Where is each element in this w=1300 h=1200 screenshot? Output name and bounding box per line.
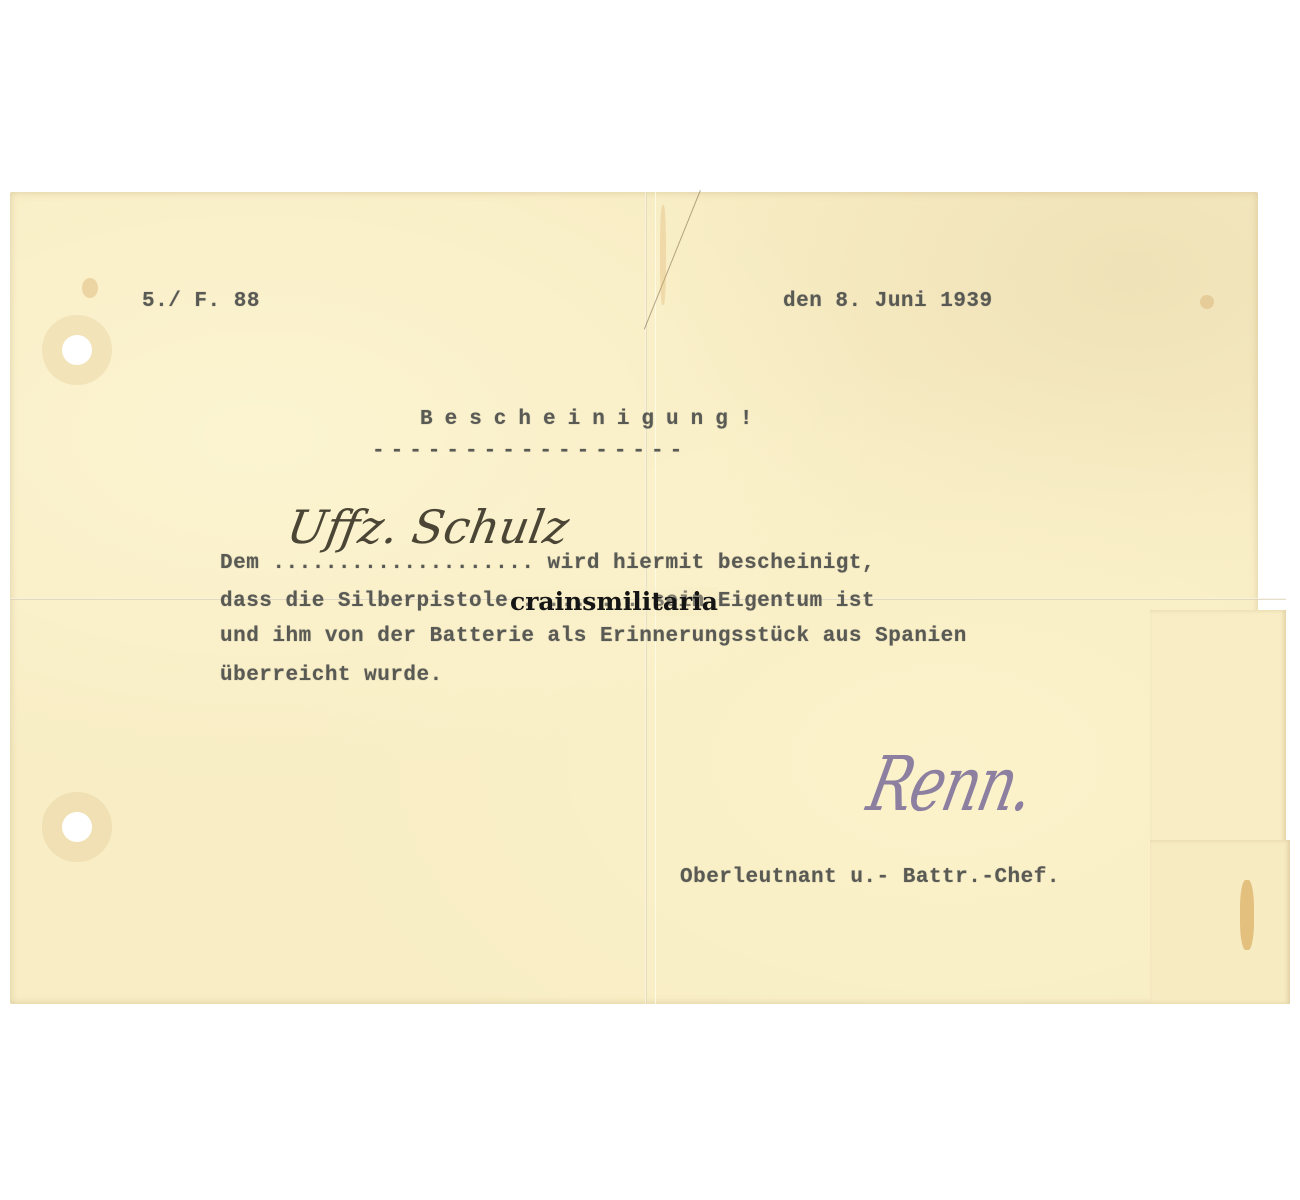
watermark: crainsmilitaria bbox=[510, 587, 718, 616]
punch-hole-bottom bbox=[62, 812, 92, 842]
date-line: den 8. Juni 1939 bbox=[783, 290, 993, 313]
paper-flap-lower bbox=[1150, 840, 1290, 1004]
signatory-title: Oberleutnant u.- Battr.-Chef. bbox=[680, 866, 1060, 889]
signature: Renn. bbox=[861, 740, 1041, 828]
stain-spot bbox=[1200, 295, 1214, 309]
stain-spot bbox=[1240, 880, 1254, 950]
body-line-1: Dem .................... wird hiermit be… bbox=[220, 552, 875, 575]
document-title: Bescheinigung! bbox=[420, 408, 764, 431]
body-line-3: und ihm von der Batterie als Erinnerungs… bbox=[220, 625, 967, 648]
handwritten-recipient-name: Uffz. Schulz bbox=[283, 500, 573, 554]
punch-hole-top bbox=[62, 335, 92, 365]
title-underline: ----------------- bbox=[372, 440, 688, 463]
stain-spot bbox=[82, 278, 98, 298]
body-line-4: überreicht wurde. bbox=[220, 664, 443, 687]
unit-reference: 5./ F. 88 bbox=[142, 290, 260, 313]
stain-streak bbox=[660, 205, 666, 305]
